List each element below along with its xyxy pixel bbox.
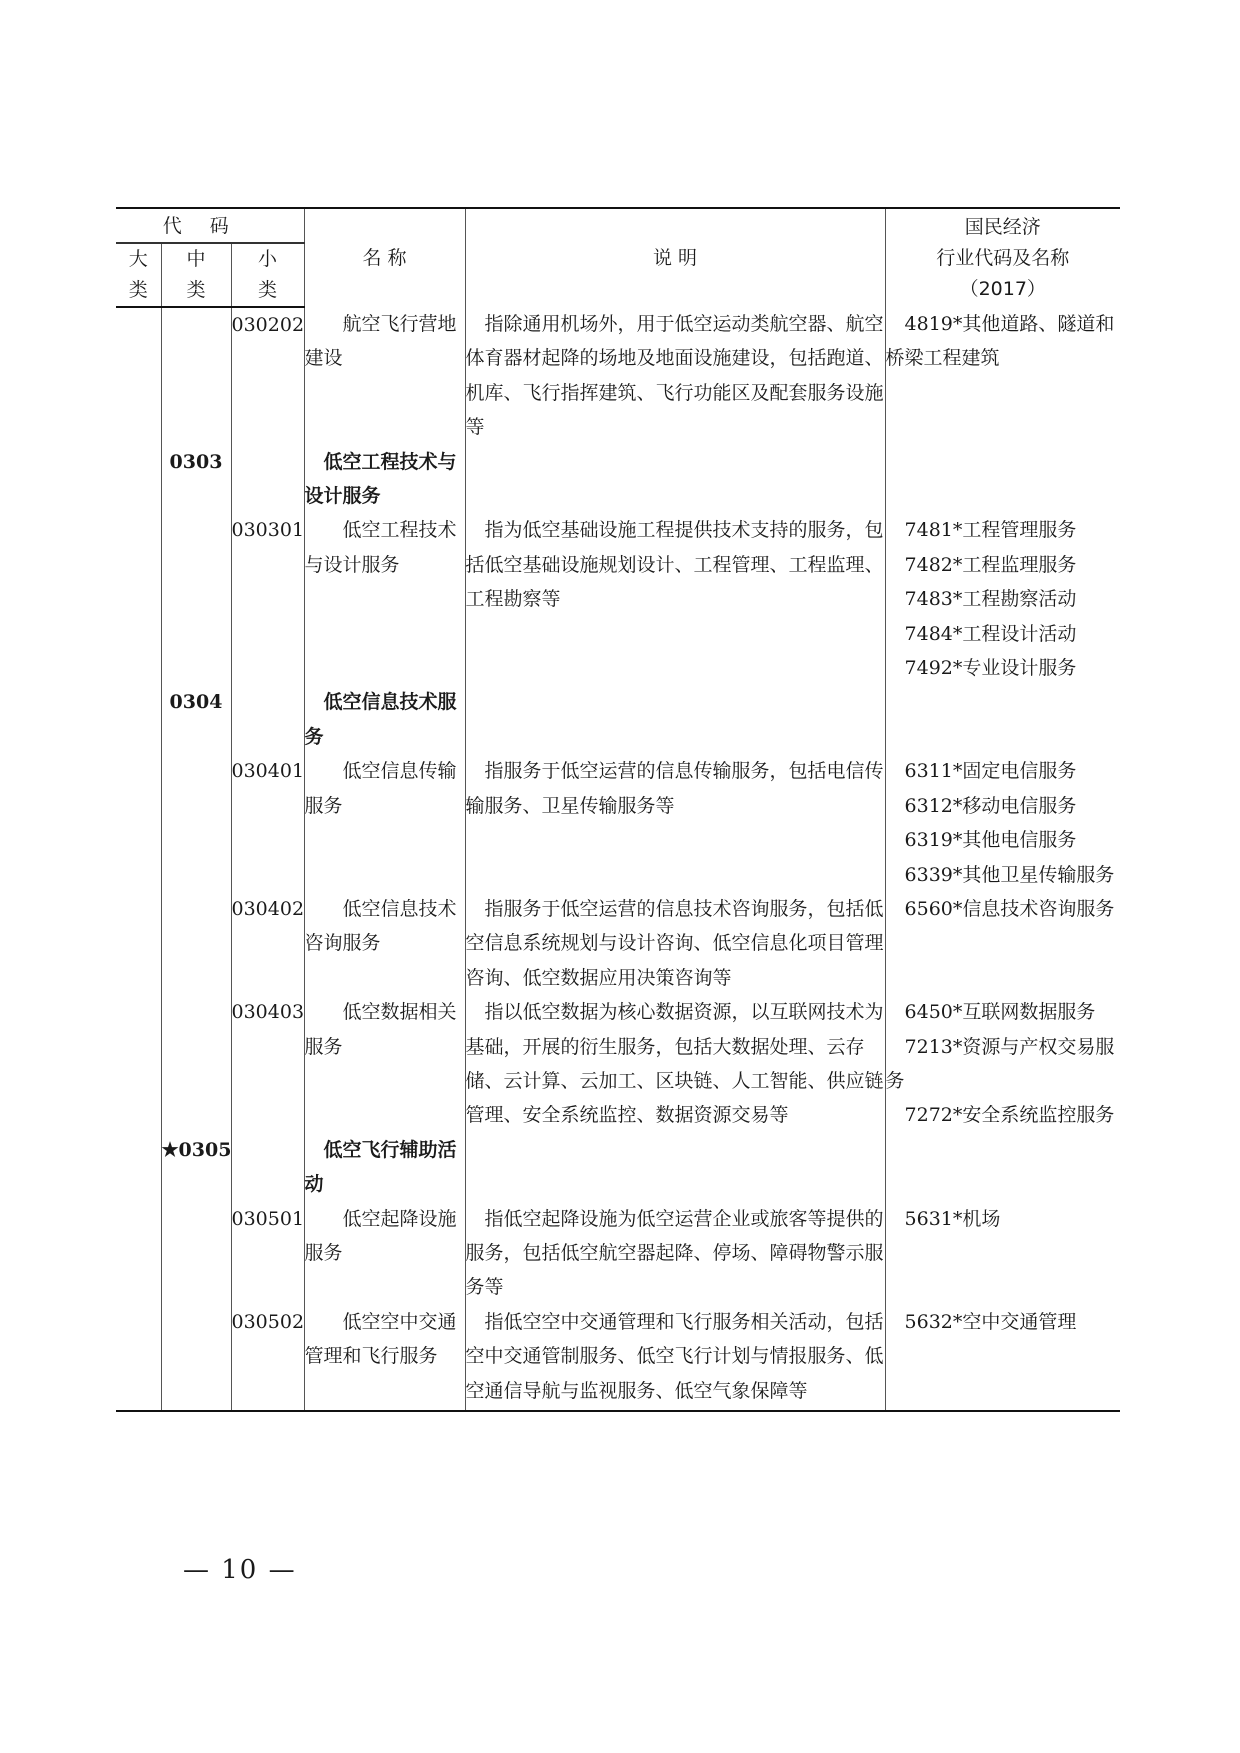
industry-code-entry: 7213*资源与产权交易服务 xyxy=(886,1030,1121,1099)
major-code-cell xyxy=(116,307,161,445)
small-code-cell xyxy=(231,1133,304,1202)
industry-code-cell: 5631*机场 xyxy=(885,1202,1120,1305)
industry-code-cell: 6450*互联网数据服务7213*资源与产权交易服务7272*安全系统监控服务 xyxy=(885,995,1120,1133)
industry-code-entry: 7272*安全系统监控服务 xyxy=(886,1098,1121,1132)
header-small-label: 小类 xyxy=(232,244,304,306)
industry-code-cell: 5632*空中交通管理 xyxy=(885,1305,1120,1411)
category-name-cell: 低空信息传输服务 xyxy=(304,754,465,892)
middle-code-cell xyxy=(161,513,231,685)
table-row: 030402 低空信息技术咨询服务 指服务于低空运营的信息技术咨询服务，包括低空… xyxy=(116,892,1120,995)
page-number: — 10 — xyxy=(183,1555,297,1585)
industry-code-cell xyxy=(885,685,1120,754)
category-name-cell: 航空飞行营地建设 xyxy=(304,307,465,445)
middle-code-cell xyxy=(161,307,231,445)
middle-code-cell: ★0305 xyxy=(161,1133,231,1202)
industry-code-entry: 7481*工程管理服务 xyxy=(886,513,1121,547)
header-code-group: 代码 xyxy=(116,208,304,243)
small-code-cell: 030402 xyxy=(231,892,304,995)
description-cell xyxy=(465,1133,885,1202)
major-code-cell xyxy=(116,513,161,685)
major-code-cell xyxy=(116,754,161,892)
middle-code-cell xyxy=(161,995,231,1133)
header-national-industry-line2: 行业代码及名称 xyxy=(886,243,1121,274)
header-middle: 中类 xyxy=(161,243,231,307)
major-code-cell xyxy=(116,1305,161,1411)
industry-code-entry: 6311*固定电信服务 xyxy=(886,754,1121,788)
category-name-cell: 低空工程技术与设计服务 xyxy=(304,513,465,685)
industry-code-entry: 5632*空中交通管理 xyxy=(886,1305,1121,1339)
industry-code-cell xyxy=(885,445,1120,514)
description-cell xyxy=(465,685,885,754)
major-code-cell xyxy=(116,892,161,995)
classification-table: 代码 名 称 说 明 国民经济 行业代码及名称 （2017） 大类 中 xyxy=(116,207,1120,1412)
category-name-cell: 低空信息技术咨询服务 xyxy=(304,892,465,995)
industry-code-entry: 6312*移动电信服务 xyxy=(886,789,1121,823)
header-name-label: 名 称 xyxy=(362,247,406,269)
small-code-cell: 030401 xyxy=(231,754,304,892)
description-cell: 指服务于低空运营的信息传输服务，包括电信传输服务、卫星传输服务等 xyxy=(465,754,885,892)
category-name-cell: 低空空中交通管理和飞行服务 xyxy=(304,1305,465,1411)
small-code-cell: 030301 xyxy=(231,513,304,685)
table-row: 030502 低空空中交通管理和飞行服务 指低空空中交通管理和飞行服务相关活动，… xyxy=(116,1305,1120,1411)
major-code-cell xyxy=(116,445,161,514)
industry-code-entry: 6450*互联网数据服务 xyxy=(886,995,1121,1029)
small-code-cell xyxy=(231,445,304,514)
document-page: 代码 名 称 说 明 国民经济 行业代码及名称 （2017） 大类 中 xyxy=(0,0,1240,1753)
major-code-cell xyxy=(116,1133,161,1202)
description-cell: 指服务于低空运营的信息技术咨询服务，包括低空信息系统规划与设计咨询、低空信息化项… xyxy=(465,892,885,995)
header-major: 大类 xyxy=(116,243,161,307)
middle-code-cell xyxy=(161,1202,231,1305)
table-row: 030401 低空信息传输服务 指服务于低空运营的信息传输服务，包括电信传输服务… xyxy=(116,754,1120,892)
industry-code-entry: 6339*其他卫星传输服务 xyxy=(886,858,1121,892)
middle-code-cell xyxy=(161,1305,231,1411)
industry-code-cell xyxy=(885,1133,1120,1202)
small-code-cell: 030202 xyxy=(231,307,304,445)
table-row: 0303 低空工程技术与设计服务 xyxy=(116,445,1120,514)
major-code-cell xyxy=(116,685,161,754)
category-name-cell: 低空起降设施服务 xyxy=(304,1202,465,1305)
major-code-cell xyxy=(116,995,161,1133)
header-middle-label: 中类 xyxy=(162,244,231,306)
industry-code-entry: 7483*工程勘察活动 xyxy=(886,582,1121,616)
middle-code-cell: 0303 xyxy=(161,445,231,514)
industry-code-cell: 7481*工程管理服务7482*工程监理服务7483*工程勘察活动7484*工程… xyxy=(885,513,1120,685)
table-row: 030501 低空起降设施服务 指低空起降设施为低空运营企业或旅客等提供的服务，… xyxy=(116,1202,1120,1305)
industry-code-entry: 7484*工程设计活动 xyxy=(886,617,1121,651)
description-cell: 指除通用机场外，用于低空运动类航空器、航空体育器材起降的场地及地面设施建设，包括… xyxy=(465,307,885,445)
category-name-cell: 低空数据相关服务 xyxy=(304,995,465,1133)
table-row: 030202 航空飞行营地建设 指除通用机场外，用于低空运动类航空器、航空体育器… xyxy=(116,307,1120,445)
industry-code-entry: 5631*机场 xyxy=(886,1202,1121,1236)
description-cell xyxy=(465,445,885,514)
industry-code-entry: 4819*其他道路、隧道和桥梁工程建筑 xyxy=(886,307,1121,376)
category-name-cell: 低空工程技术与设计服务 xyxy=(304,445,465,514)
middle-code-cell: 0304 xyxy=(161,685,231,754)
middle-code-cell xyxy=(161,754,231,892)
header-description-label: 说 明 xyxy=(653,247,697,269)
table-row: 0304 低空信息技术服务 xyxy=(116,685,1120,754)
small-code-cell: 030502 xyxy=(231,1305,304,1411)
header-national-industry-line3: （2017） xyxy=(886,274,1121,305)
middle-code-cell xyxy=(161,892,231,995)
industry-code-cell: 6311*固定电信服务6312*移动电信服务6319*其他电信服务6339*其他… xyxy=(885,754,1120,892)
header-national-industry-line1: 国民经济 xyxy=(886,212,1121,243)
header-major-label: 大类 xyxy=(116,244,161,306)
header-description: 说 明 xyxy=(465,208,885,307)
industry-code-cell: 6560*信息技术咨询服务 xyxy=(885,892,1120,995)
small-code-cell: 030403 xyxy=(231,995,304,1133)
table-row: 030301 低空工程技术与设计服务 指为低空基础设施工程提供技术支持的服务，包… xyxy=(116,513,1120,685)
description-cell: 指为低空基础设施工程提供技术支持的服务，包括低空基础设施规划设计、工程管理、工程… xyxy=(465,513,885,685)
description-cell: 指低空空中交通管理和飞行服务相关活动，包括空中交通管制服务、低空飞行计划与情报服… xyxy=(465,1305,885,1411)
category-name-cell: 低空信息技术服务 xyxy=(304,685,465,754)
table-row: 030403 低空数据相关服务 指以低空数据为核心数据资源，以互联网技术为基础，… xyxy=(116,995,1120,1133)
small-code-cell xyxy=(231,685,304,754)
industry-code-entry: 7492*专业设计服务 xyxy=(886,651,1121,685)
header-name: 名 称 xyxy=(304,208,465,307)
category-name-cell: 低空飞行辅助活动 xyxy=(304,1133,465,1202)
industry-code-entry: 7482*工程监理服务 xyxy=(886,548,1121,582)
major-code-cell xyxy=(116,1202,161,1305)
table-body: 030202 航空飞行营地建设 指除通用机场外，用于低空运动类航空器、航空体育器… xyxy=(116,307,1120,1411)
header-small: 小类 xyxy=(231,243,304,307)
industry-code-cell: 4819*其他道路、隧道和桥梁工程建筑 xyxy=(885,307,1120,445)
small-code-cell: 030501 xyxy=(231,1202,304,1305)
description-cell: 指低空起降设施为低空运营企业或旅客等提供的服务，包括低空航空器起降、停场、障碍物… xyxy=(465,1202,885,1305)
description-cell: 指以低空数据为核心数据资源，以互联网技术为基础，开展的衍生服务，包括大数据处理、… xyxy=(465,995,885,1133)
table-header: 代码 名 称 说 明 国民经济 行业代码及名称 （2017） 大类 中 xyxy=(116,208,1120,307)
table-row: ★0305 低空飞行辅助活动 xyxy=(116,1133,1120,1202)
industry-code-entry: 6319*其他电信服务 xyxy=(886,823,1121,857)
industry-code-entry: 6560*信息技术咨询服务 xyxy=(886,892,1121,926)
header-national-industry: 国民经济 行业代码及名称 （2017） xyxy=(885,208,1120,307)
